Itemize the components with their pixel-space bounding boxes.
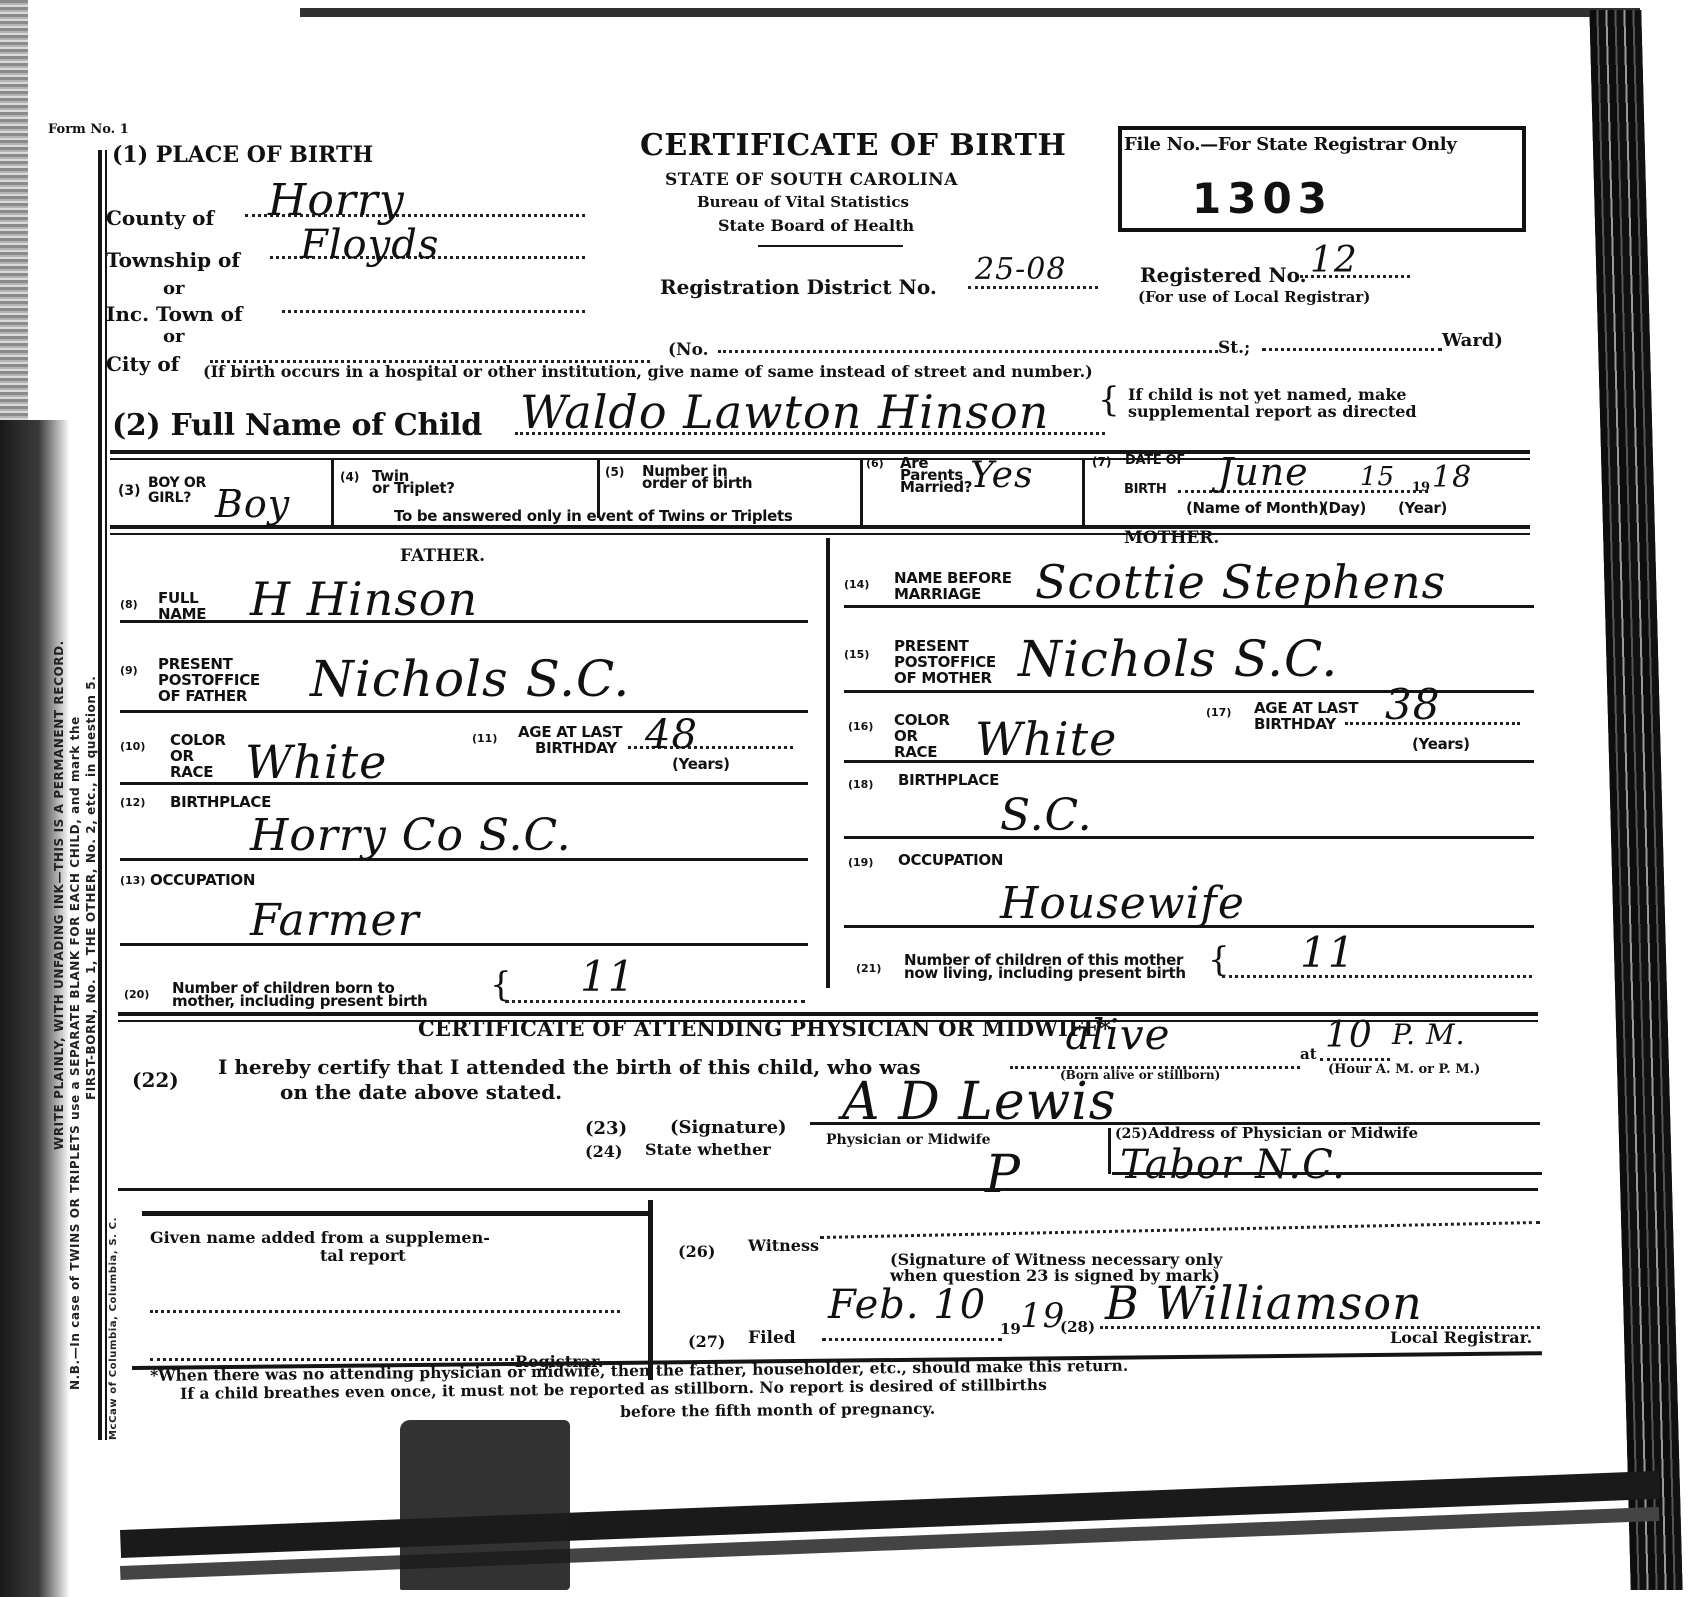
- certify-text-1: I hereby certify that I attended the bir…: [218, 1055, 921, 1079]
- town-label: Inc. Town of: [106, 302, 243, 326]
- father-age-unit: (Years): [672, 756, 730, 772]
- dob-year-prefix: 19: [1412, 480, 1430, 495]
- supplemental-top-rule: [142, 1211, 652, 1216]
- dob-field-number: (7): [1092, 455, 1111, 469]
- title-underline: [758, 245, 903, 247]
- certificate-title: CERTIFICATE OF BIRTH: [640, 128, 1066, 163]
- street-no-line[interactable]: [718, 350, 1218, 353]
- supplemental-label-2: tal report: [320, 1246, 406, 1265]
- physician-bottom-rule: [118, 1188, 1538, 1191]
- state-name: STATE OF SOUTH CAROLINA: [665, 170, 958, 190]
- dob-month-value[interactable]: June: [1218, 450, 1309, 494]
- sex-field-number: (3): [118, 483, 141, 499]
- registrar-number: (28): [1060, 1318, 1095, 1336]
- dob-year-value[interactable]: 18: [1432, 460, 1472, 495]
- file-number-value[interactable]: 1303: [1192, 174, 1333, 223]
- address-number: (25): [1115, 1126, 1148, 1142]
- mother-po-label-1: PRESENT: [894, 638, 969, 654]
- divider-6-7: [1082, 460, 1085, 526]
- mother-birthplace-value[interactable]: S.C.: [1000, 790, 1093, 841]
- father-age-label-1: AGE AT LAST: [518, 724, 622, 740]
- physician-type-label: State whether: [645, 1140, 771, 1159]
- filed-date-line: [822, 1338, 1002, 1341]
- certify-number: (22): [132, 1068, 179, 1092]
- hour-value[interactable]: 10: [1325, 1015, 1373, 1056]
- registrar-signature-value[interactable]: B Williamson: [1105, 1276, 1423, 1330]
- father-po-label-1: PRESENT: [158, 656, 233, 672]
- children-living-label-2: now living, including present birth: [904, 965, 1186, 981]
- physician-type-number: (24): [585, 1142, 622, 1161]
- ward-line[interactable]: [1262, 348, 1442, 351]
- supplemental-registrar-line[interactable]: [150, 1358, 520, 1361]
- filed-label: Filed: [748, 1328, 796, 1348]
- father-name-value[interactable]: H Hinson: [250, 572, 478, 626]
- or-label-1: or: [163, 278, 185, 299]
- mother-race-rule: [844, 760, 1534, 763]
- father-race-label-2: OR: [170, 748, 194, 764]
- margin-instruction-2: N.B.—In case of TWINS OR TRIPLETS use a …: [68, 716, 82, 1390]
- mother-po-value[interactable]: Nichols S.C.: [1018, 630, 1338, 688]
- children-born-value[interactable]: 11: [580, 952, 635, 1001]
- bureau-name: Bureau of Vital Statistics: [697, 193, 909, 211]
- town-line[interactable]: [282, 310, 585, 313]
- mother-name-label-2: MARRIAGE: [894, 586, 981, 602]
- sex-value[interactable]: Boy: [215, 482, 290, 526]
- brace-icon: {: [1098, 380, 1120, 420]
- father-race-number: (10): [120, 740, 145, 753]
- filed-year-prefix: 19: [1000, 1320, 1021, 1338]
- father-birthplace-number: (12): [120, 796, 145, 809]
- dob-sub-day: (Day): [1322, 500, 1366, 516]
- place-of-birth-heading: (1) PLACE OF BIRTH: [112, 142, 373, 168]
- child-name-value[interactable]: Waldo Lawton Hinson: [520, 385, 1049, 439]
- physician-type-sub: Physician or Midwife: [826, 1132, 991, 1148]
- page-border-right: [1589, 10, 1682, 1590]
- father-occupation-label: OCCUPATION: [150, 872, 255, 888]
- mother-po-label-3: OF MOTHER: [894, 670, 992, 686]
- married-value[interactable]: Yes: [970, 455, 1033, 496]
- mother-race-label-1: COLOR: [894, 712, 950, 728]
- mother-race-number: (16): [848, 720, 873, 733]
- row-3-7-bottom-rule: [110, 525, 1530, 529]
- children-living-brace-icon: {: [1208, 940, 1230, 980]
- address-value[interactable]: Tabor N.C.: [1120, 1142, 1346, 1188]
- child-name-line: [515, 432, 1105, 435]
- mother-race-label-3: RACE: [894, 744, 937, 760]
- hour-line: [1320, 1058, 1390, 1061]
- registered-number-label: Registered No.: [1140, 263, 1307, 287]
- file-number-box: File No.—For State Registrar Only 1303: [1118, 126, 1526, 232]
- mother-occupation-rule: [844, 925, 1534, 928]
- father-race-label-1: COLOR: [170, 732, 226, 748]
- father-race-value[interactable]: White: [245, 735, 387, 789]
- supplemental-divider: [648, 1200, 653, 1380]
- twins-note: To be answered only in event of Twins or…: [394, 508, 793, 524]
- twin-label-2: or Triplet?: [372, 480, 455, 496]
- mother-race-value[interactable]: White: [975, 712, 1117, 766]
- registration-district-label: Registration District No.: [660, 275, 937, 299]
- father-race-label-3: RACE: [170, 764, 213, 780]
- mother-name-value[interactable]: Scottie Stephens: [1035, 555, 1446, 609]
- mother-race-label-2: OR: [894, 728, 918, 744]
- father-po-rule: [120, 710, 808, 713]
- file-number-label: File No.—For State Registrar Only: [1124, 134, 1457, 155]
- signature-number: (23): [585, 1118, 627, 1139]
- hospital-instruction: (If birth occurs in a hospital or other …: [203, 362, 1093, 381]
- father-po-label-2: POSTOFFICE: [158, 672, 260, 688]
- township-label: Township of: [106, 248, 240, 272]
- sex-label-1: BOY OR: [148, 475, 206, 491]
- mother-name-rule: [844, 605, 1534, 608]
- mother-age-label-2: BIRTHDAY: [1254, 716, 1336, 732]
- father-po-number: (9): [120, 664, 138, 677]
- mother-occupation-label: OCCUPATION: [898, 852, 1003, 868]
- filed-date-value[interactable]: Feb. 10: [828, 1282, 986, 1328]
- dob-day-value[interactable]: 15: [1360, 462, 1395, 492]
- witness-label: Witness: [748, 1236, 819, 1255]
- county-label: County of: [106, 206, 214, 230]
- mother-po-label-2: POSTOFFICE: [894, 654, 996, 670]
- divider-5-6: [860, 460, 863, 526]
- mother-po-number: (15): [844, 648, 869, 661]
- father-name-label-1: FULL: [158, 590, 198, 606]
- dob-sub-year: (Year): [1398, 500, 1447, 516]
- hour-sub: (Hour A. M. or P. M.): [1328, 1062, 1480, 1077]
- supplemental-name-line[interactable]: [150, 1310, 620, 1313]
- margin-instruction-1: WRITE PLAINLY, WITH UNFADING INK—THIS IS…: [52, 640, 66, 1150]
- page-edge-top: [300, 8, 1640, 17]
- filed-year-value[interactable]: 19: [1020, 1296, 1065, 1336]
- mother-age-label-1: AGE AT LAST: [1254, 700, 1358, 716]
- row-3-7-top-rule: [110, 450, 1530, 454]
- row-3-7-bottom-rule-2: [110, 533, 1530, 535]
- father-birthplace-label: BIRTHPLACE: [170, 794, 271, 810]
- married-field-number: (6): [866, 457, 884, 470]
- printer-imprint: McCaw of Columbia, Columbia, S. C.: [108, 1217, 119, 1440]
- unnamed-note-2: supplemental report as directed: [1128, 402, 1417, 421]
- at-label: at: [1300, 1045, 1317, 1063]
- certify-text-2: on the date above stated.: [280, 1080, 562, 1104]
- left-rule-outer: [98, 150, 102, 1440]
- or-label-2: or: [163, 326, 185, 347]
- parents-divider: [826, 538, 830, 988]
- father-heading: FATHER.: [400, 546, 485, 566]
- left-rule-inner: [105, 150, 107, 1440]
- registered-number-note: (For use of Local Registrar): [1138, 288, 1370, 306]
- ampm-value[interactable]: P. M.: [1392, 1018, 1466, 1051]
- mother-occupation-number: (19): [848, 856, 873, 869]
- registration-district-value[interactable]: 25-08: [975, 252, 1066, 287]
- witness-number: (26): [678, 1242, 715, 1261]
- father-occupation-value[interactable]: Farmer: [250, 895, 420, 946]
- physician-type-value[interactable]: P: [985, 1145, 1021, 1205]
- supplemental-label-1: Given name added from a supplemen-: [150, 1228, 490, 1247]
- father-age-value[interactable]: 48: [645, 712, 698, 758]
- children-living-number: (21): [856, 962, 881, 975]
- signature-label: (Signature): [670, 1117, 787, 1138]
- mother-age-value[interactable]: 38: [1385, 680, 1440, 729]
- board-name: State Board of Health: [718, 216, 914, 235]
- father-birthplace-rule: [120, 858, 808, 861]
- filed-number: (27): [688, 1332, 725, 1351]
- children-born-number: (20): [124, 988, 149, 1001]
- father-occupation-rule: [120, 943, 808, 946]
- children-born-line: [505, 1000, 805, 1003]
- ink-stain: [400, 1420, 570, 1590]
- dob-label-2: BIRTH: [1124, 482, 1166, 498]
- father-age-number: (11): [472, 732, 497, 745]
- order-field-number: (5): [605, 465, 624, 479]
- mother-age-number: (17): [1206, 706, 1231, 719]
- mother-birthplace-label: BIRTHPLACE: [898, 772, 999, 788]
- children-born-label-2: mother, including present birth: [172, 993, 427, 1009]
- margin-instruction-3: FIRST-BORN, No. 1, THE OTHER, No. 2, etc…: [84, 676, 98, 1100]
- children-born-brace-icon: {: [490, 965, 512, 1005]
- physician-heading: CERTIFICATE OF ATTENDING PHYSICIAN OR MI…: [418, 1016, 1111, 1041]
- mother-name-label-1: NAME BEFORE: [894, 570, 1012, 586]
- street-label: St.;: [1218, 338, 1250, 358]
- father-birthplace-value[interactable]: Horry Co S.C.: [250, 810, 572, 861]
- street-no-label: (No.: [668, 340, 709, 360]
- divider-3-4: [331, 460, 334, 526]
- child-name-label: (2) Full Name of Child: [112, 408, 482, 443]
- registered-number-value[interactable]: 12: [1310, 240, 1358, 281]
- children-living-line: [1222, 975, 1532, 978]
- married-label-3: Married?: [900, 479, 972, 495]
- footnote-line-3: before the fifth month of pregnancy.: [620, 1399, 935, 1421]
- mother-birthplace-number: (18): [848, 778, 873, 791]
- father-name-rule: [120, 620, 808, 623]
- twin-field-number: (4): [340, 470, 359, 484]
- county-value[interactable]: Horry: [268, 175, 405, 226]
- father-po-value[interactable]: Nichols S.C.: [310, 650, 630, 708]
- township-value[interactable]: Floyds: [300, 222, 439, 268]
- row-3-7-top-rule-2: [110, 458, 1530, 460]
- father-occupation-number: (13): [120, 874, 145, 887]
- ward-label: Ward): [1442, 330, 1503, 351]
- father-name-number: (8): [120, 598, 138, 611]
- address-divider: [1108, 1128, 1111, 1174]
- father-po-label-3: OF FATHER: [158, 688, 247, 704]
- father-race-rule: [120, 782, 808, 785]
- city-label: City of: [106, 352, 179, 376]
- form-number: Form No. 1: [48, 122, 129, 137]
- witness-line[interactable]: [820, 1221, 1540, 1239]
- dob-label-1: DATE OF: [1125, 453, 1185, 469]
- mother-birthplace-rule: [844, 836, 1534, 839]
- sex-label-2: GIRL?: [148, 490, 191, 506]
- address-label: Address of Physician or Midwife: [1148, 1124, 1418, 1142]
- father-age-label-2: BIRTHDAY: [535, 740, 617, 756]
- mother-age-unit: (Years): [1412, 736, 1470, 752]
- mother-name-number: (14): [844, 578, 869, 591]
- order-label-2: order of birth: [642, 475, 752, 491]
- dob-sub-month: (Name of Month): [1186, 500, 1325, 516]
- mother-occupation-value[interactable]: Housewife: [1000, 878, 1245, 929]
- born-status-value[interactable]: alive: [1065, 1010, 1171, 1059]
- address-rule: [1112, 1172, 1542, 1175]
- children-living-value[interactable]: 11: [1300, 928, 1355, 977]
- mother-heading: MOTHER.: [1124, 528, 1219, 548]
- local-registrar-label: Local Registrar.: [1390, 1328, 1532, 1347]
